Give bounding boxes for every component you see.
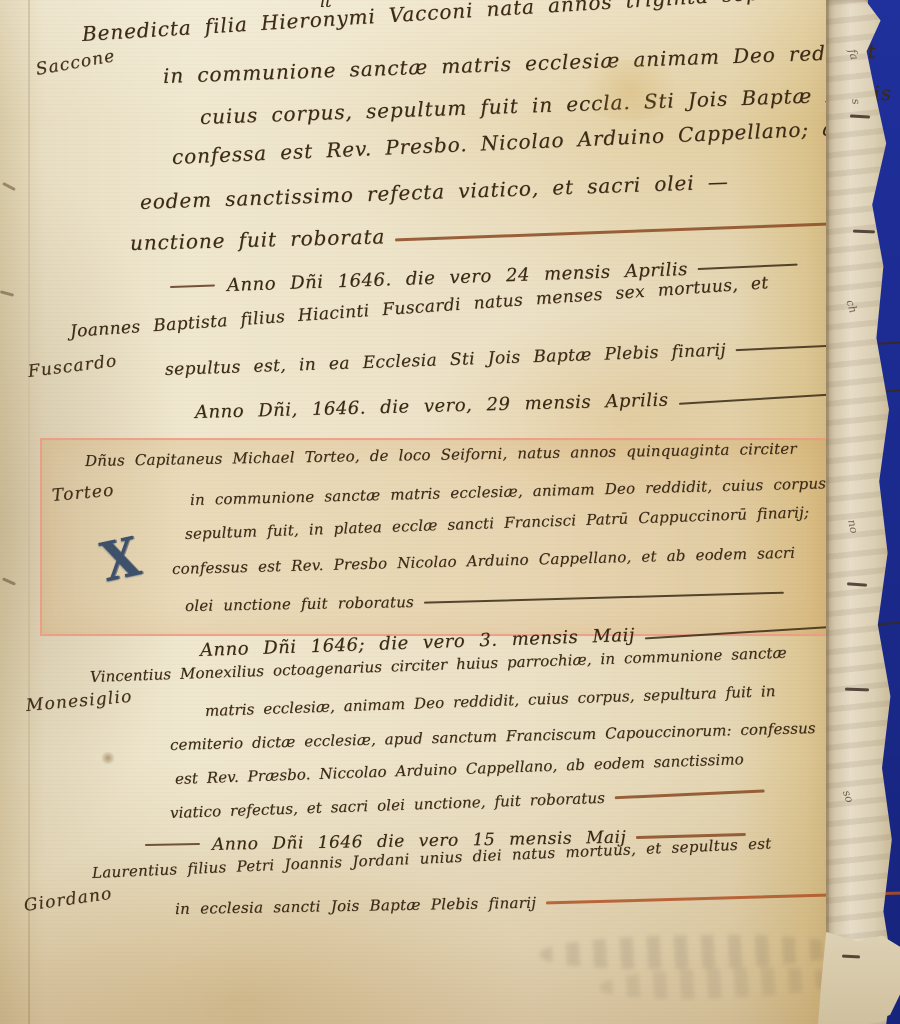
entry2-line2-text: sepultus est, in ea Ecclesia Sti Jois Ba…: [165, 340, 727, 380]
bleedthrough-smudge: [600, 964, 841, 1002]
ink-rule: [424, 592, 784, 604]
entry1-line6-text: unctione fuit roborata: [130, 224, 386, 255]
margin-ink-mark: [0, 290, 14, 297]
entry5-line2: in ecclesia sancti Jois Baptæ Plebis fin…: [175, 887, 900, 918]
bleedthrough-smudge: [540, 932, 841, 971]
entry4-line2: matris ecclesiæ, animam Deo reddidit, cu…: [205, 682, 776, 720]
entry4-line3: cemiterio dictæ ecclesiæ, apud sanctum F…: [170, 719, 816, 754]
ink-dash: [145, 843, 200, 846]
register-page: it Benedicta filia Hieronymi Vacconi nat…: [0, 0, 845, 1024]
entry4-line5: viatico refectus, et sacri olei unctione…: [170, 783, 765, 822]
entry1-line2: in communione sanctæ matris ecclesiæ ani…: [163, 39, 877, 88]
margin-name-fuscardo: Fuscardo: [27, 351, 119, 382]
margin-name-giordano: Giordano: [23, 884, 114, 916]
ink-dash: [170, 284, 215, 288]
date-line-2: Anno Dñi, 1646. die vero, 29 mensis Apri…: [195, 383, 900, 423]
edge-ink-fragment: no: [845, 518, 861, 534]
ink-rule: [395, 221, 855, 240]
torn-page-stub-bottom: [818, 932, 900, 1024]
ink-stain: [100, 752, 116, 764]
margin-name-monesiglio: Monesiglio: [25, 687, 133, 716]
margin-ink-mark: [2, 182, 16, 191]
margin-ink-mark: [2, 577, 16, 585]
entry4-line5-text: viatico refectus, et sacri olei unctione…: [170, 789, 606, 822]
margin-name-saccone: Saccone: [34, 46, 117, 80]
entry1-line6: unctione fuit roborata: [130, 212, 856, 255]
manuscript-photo: it Benedicta filia Hieronymi Vacconi nat…: [0, 0, 900, 1024]
entry2-line2: sepultus est, in ea Ecclesia Sti Jois Ba…: [165, 333, 900, 380]
ink-rule: [615, 789, 765, 798]
entry4-line4: est Rev. Præsbo. Niccolao Arduino Cappel…: [175, 750, 744, 788]
entry1-line5: eodem sanctissimo refecta viatico, et sa…: [140, 169, 729, 214]
ink-rule: [698, 264, 798, 271]
entry1-line1: Benedicta filia Hieronymi Vacconi nata a…: [81, 0, 835, 46]
entry5-line2-text: in ecclesia sancti Jois Baptæ Plebis fin…: [175, 894, 537, 918]
page-fold-line: [28, 0, 30, 1024]
date-line-2-text: Anno Dñi, 1646. die vero, 29 mensis Apri…: [195, 390, 669, 423]
